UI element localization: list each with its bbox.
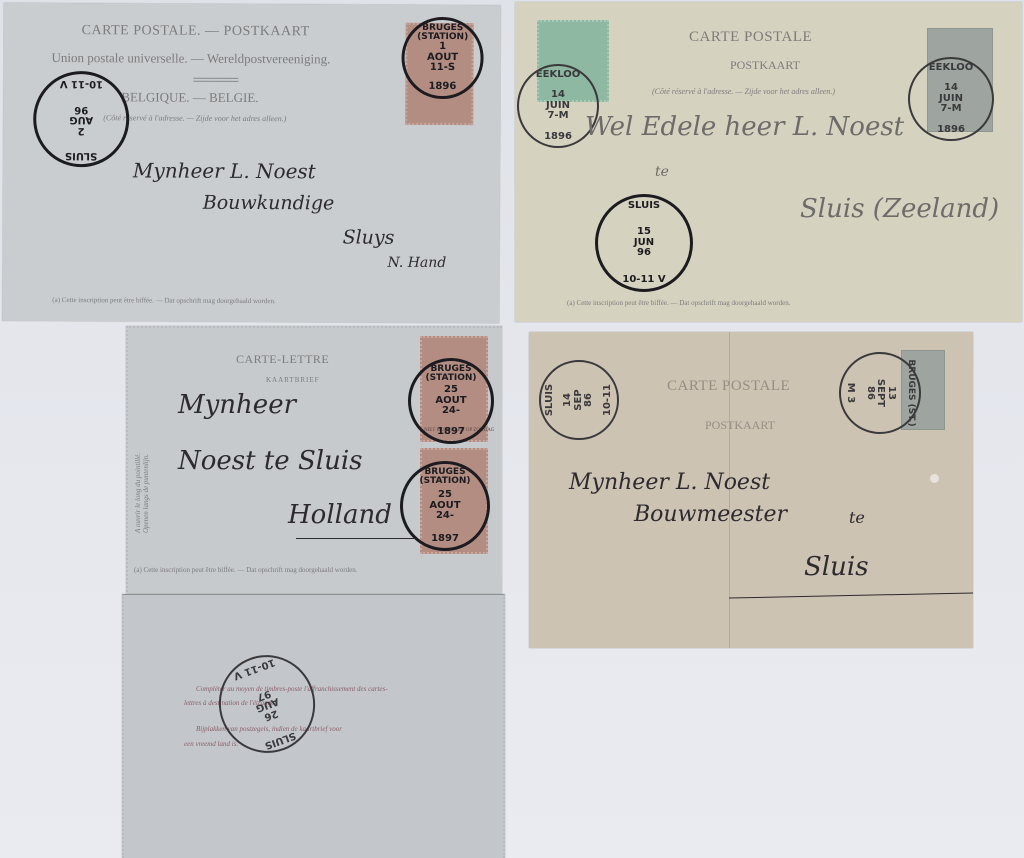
back-text-line: een vreemd land is.: [184, 740, 238, 748]
footer-note: (a) Cette inscription peut être biffée. …: [134, 566, 357, 574]
underline: [729, 592, 973, 598]
card-title: CARTE POSTALE: [667, 378, 790, 395]
handwriting-line: N. Hand: [387, 255, 446, 271]
handwriting-line: Sluis (Zeeland): [800, 194, 999, 224]
handwriting-line: Holland: [288, 500, 392, 530]
handwriting-line: te: [849, 508, 865, 527]
footer-note: (a) Cette inscription peut être biffée. …: [52, 296, 276, 305]
address-note: (Côté réservé à l'adresse. — Zijde voor …: [103, 113, 286, 123]
postcard-bruges-1896: CARTE POSTALE. — POSTKAART Union postale…: [2, 3, 501, 324]
handwriting-line: Bouwmeester: [634, 502, 787, 527]
card-subtitle: POSTKAART: [705, 418, 775, 433]
card-title: CARTE-LETTRE: [236, 352, 329, 367]
postmark-sluis: SLUIS 2 AUG 96 10-11 V: [33, 71, 130, 168]
postcard-eekloo-1896: CARTE POSTALE POSTKAART (Côté réservé à …: [515, 2, 1022, 322]
handwriting-line: Mynheer L. Noest: [133, 158, 316, 183]
postmark-bruges: BRUGES (ST.) 13 SEPT 86 M 3: [839, 352, 921, 434]
footer-note: (a) Cette inscription peut être biffée. …: [567, 299, 790, 307]
handwriting-line: Mynheer: [178, 390, 296, 420]
postmark-bruges: BRUGES (STATION) 1 AOUT 11-S 1896: [401, 17, 483, 99]
letter-card-back: Compléter au moyen de timbres-poste l'af…: [122, 594, 505, 858]
handwriting-line: Mynheer L. Noest: [569, 470, 770, 495]
handwriting-line: Sluys: [343, 226, 395, 248]
handwriting-line: Noest te Sluis: [178, 446, 362, 476]
postcard-bruges-1886: CARTE POSTALE POSTKAART SLUIS 14 SEP 86 …: [529, 332, 973, 648]
handwriting-line: Wel Edele heer L. Noest: [585, 112, 904, 142]
card-subtitle: POSTKAART: [730, 58, 800, 73]
card-title: CARTE POSTALE: [689, 29, 812, 46]
card-subtitle: KAARTBRIEF: [266, 376, 320, 384]
underline: [296, 538, 414, 539]
postmark-sluis: SLUIS 15 JUN 96 10-11 V: [595, 194, 693, 292]
punch-hole: [930, 474, 939, 483]
card-title: CARTE POSTALE. — POSTKAART: [82, 23, 310, 40]
handwriting-line: te: [655, 164, 669, 180]
divider: [193, 78, 238, 82]
side-note: A ouvrir le long du pointillé. Openen la…: [134, 453, 150, 533]
card-subtitle: Union postale universelle. — Wereldpostv…: [52, 50, 331, 67]
address-note: (Côté réservé à l'adresse. — Zijde voor …: [652, 87, 835, 96]
handwriting-line: Bouwkundige: [203, 192, 335, 215]
postmark-bruges: BRUGES (STATION) 25 AOUT 24- 1897: [408, 358, 494, 444]
postmark-sluis: SLUIS 14 SEP 86 10-11: [539, 360, 619, 440]
postmark-eekloo: EEKLOO 14 JUIN 7-M 1896: [908, 57, 994, 141]
handwriting-line: Sluis: [804, 552, 869, 582]
letter-card-front: CARTE-LETTRE KAARTBRIEF A ouvrir le long…: [126, 326, 502, 596]
card-country: BELGIQUE. — BELGIE.: [121, 89, 258, 106]
